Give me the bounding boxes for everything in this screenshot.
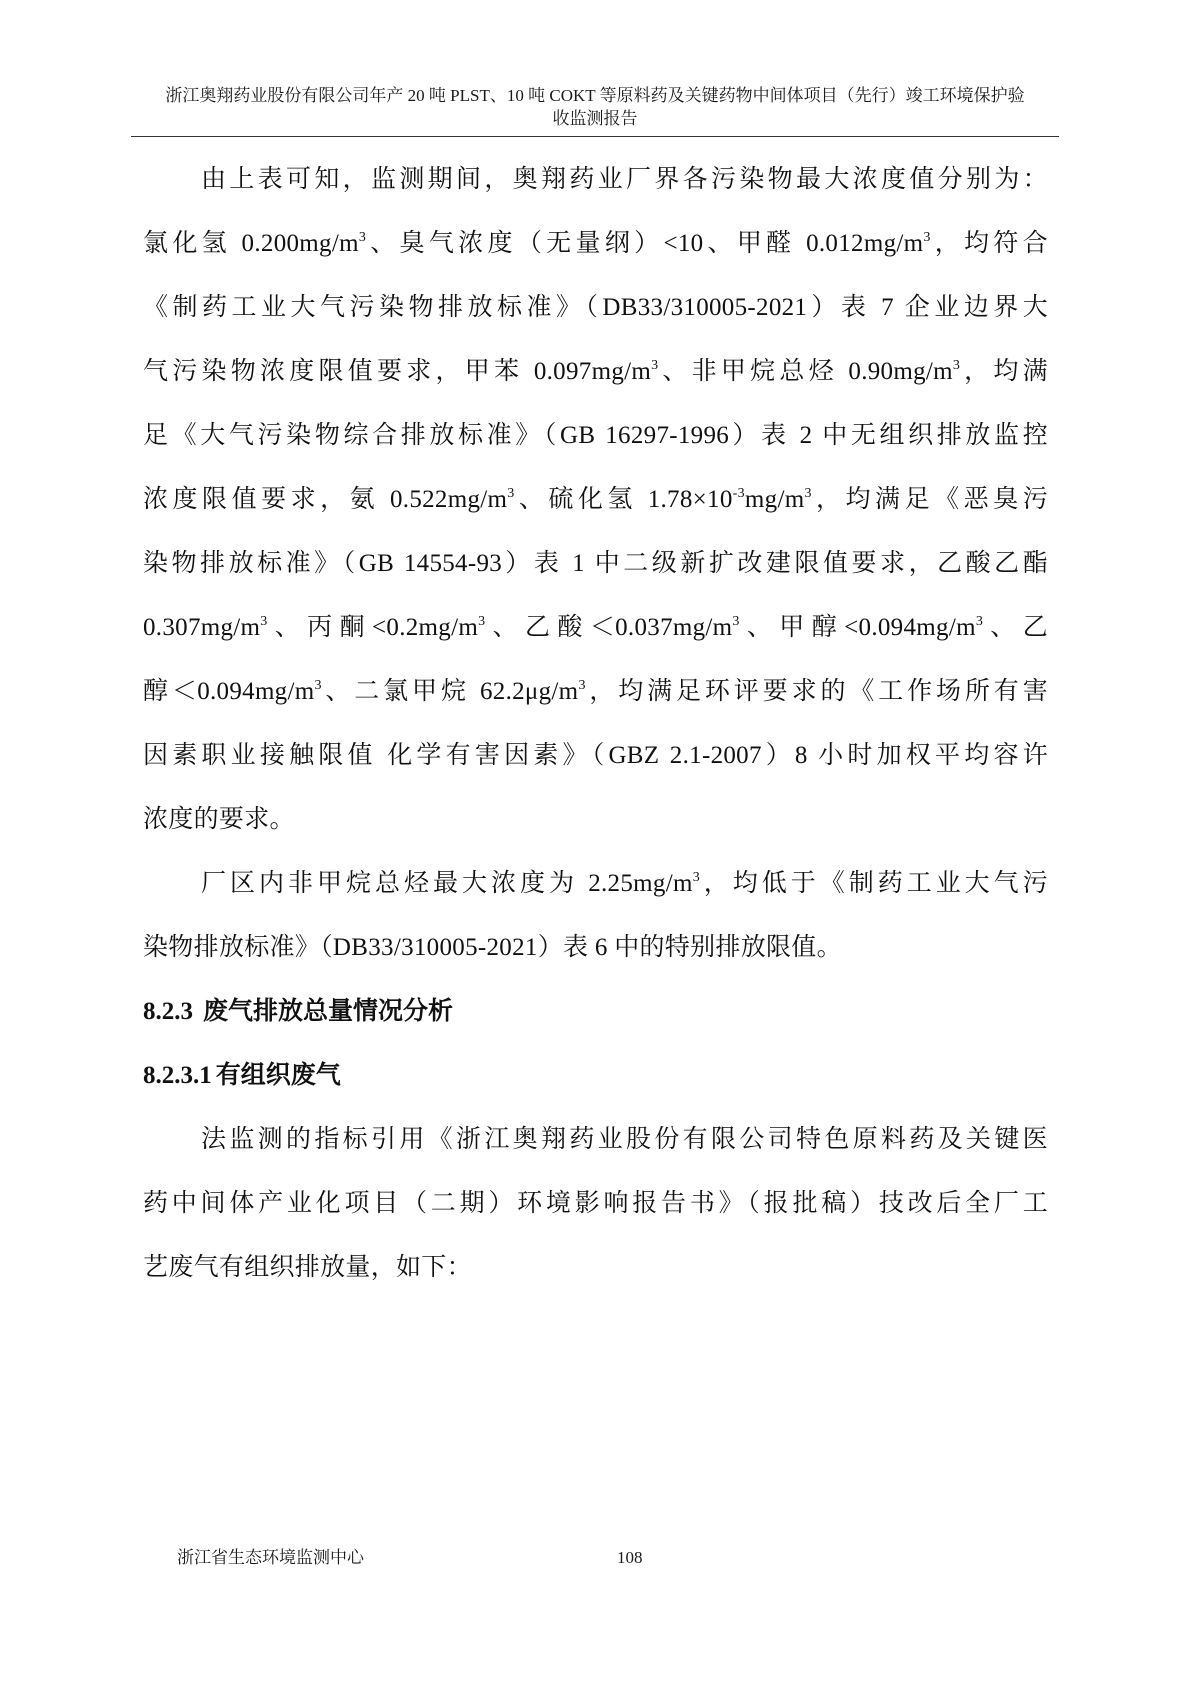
section-heading-8-2-3-1: 8.2.3.1有组织废气: [143, 1044, 1048, 1108]
text-line: 染物排放标准》（DB33/310005-2021）表 6 中的特别排放限值。: [143, 916, 1048, 980]
text-line: 气污染物浓度限值要求，甲苯 0.097mg/m3、非甲烷总烃 0.90mg/m3…: [143, 340, 1048, 404]
section-number: 8.2.3.1: [143, 1062, 212, 1089]
section-title: 废气排放总量情况分析: [203, 998, 453, 1025]
header-title-line-1: 浙江奥翔药业股份有限公司年产 20 吨 PLST、10 吨 COKT 等原料药及…: [131, 84, 1059, 107]
page-number: 108: [617, 1547, 643, 1569]
section-title: 有组织废气: [216, 1062, 341, 1089]
footer-organization: 浙江省生态环境监测中心: [177, 1547, 364, 1569]
section-number: 8.2.3: [143, 998, 193, 1025]
text-line: 法监测的指标引用《浙江奥翔药业股份有限公司特色原料药及关键医: [143, 1108, 1048, 1172]
text-line: 《制药工业大气污染物排放标准》（DB33/310005-2021）表 7 企业边…: [143, 276, 1048, 340]
running-header: 浙江奥翔药业股份有限公司年产 20 吨 PLST、10 吨 COKT 等原料药及…: [131, 84, 1059, 130]
header-divider: [131, 136, 1059, 137]
header-title-line-2: 收监测报告: [131, 107, 1059, 130]
text-line: 艺废气有组织排放量，如下：: [143, 1236, 1048, 1300]
text-line: 醇＜0.094mg/m3、二氯甲烷 62.2μg/m3，均满足环评要求的《工作场…: [143, 660, 1048, 724]
text-line: 浓度限值要求，氨 0.522mg/m3、硫化氢 1.78×10-3mg/m3，均…: [143, 468, 1048, 532]
paragraph-organized-emissions: 法监测的指标引用《浙江奥翔药业股份有限公司特色原料药及关键医 药中间体产业化项目…: [143, 1108, 1048, 1300]
document-body: 由上表可知，监测期间，奥翔药业厂界各污染物最大浓度值分别为： 氯化氢 0.200…: [143, 148, 1048, 1300]
text-line: 厂区内非甲烷总烃最大浓度为 2.25mg/m3，均低于《制药工业大气污: [143, 852, 1048, 916]
text-line: 染物排放标准》（GB 14554-93）表 1 中二级新扩改建限值要求，乙酸乙酯: [143, 532, 1048, 596]
text-line: 药中间体产业化项目（二期）环境影响报告书》（报批稿）技改后全厂工: [143, 1172, 1048, 1236]
text-line: 0.307mg/m3、丙酮<0.2mg/m3、乙酸＜0.037mg/m3、甲醇<…: [143, 596, 1048, 660]
text-line: 由上表可知，监测期间，奥翔药业厂界各污染物最大浓度值分别为：: [143, 148, 1048, 212]
text-line: 氯化氢 0.200mg/m3、臭气浓度（无量纲）<10、甲醛 0.012mg/m…: [143, 212, 1048, 276]
paragraph-boundary-results: 由上表可知，监测期间，奥翔药业厂界各污染物最大浓度值分别为： 氯化氢 0.200…: [143, 148, 1048, 852]
paragraph-plant-nmhc: 厂区内非甲烷总烃最大浓度为 2.25mg/m3，均低于《制药工业大气污 染物排放…: [143, 852, 1048, 980]
text-line: 浓度的要求。: [143, 788, 1048, 852]
section-heading-8-2-3: 8.2.3废气排放总量情况分析: [143, 980, 1048, 1044]
text-line: 因素职业接触限值 化学有害因素》（GBZ 2.1-2007）8 小时加权平均容许: [143, 724, 1048, 788]
text-line: 足《大气污染物综合排放标准》（GB 16297-1996）表 2 中无组织排放监…: [143, 404, 1048, 468]
